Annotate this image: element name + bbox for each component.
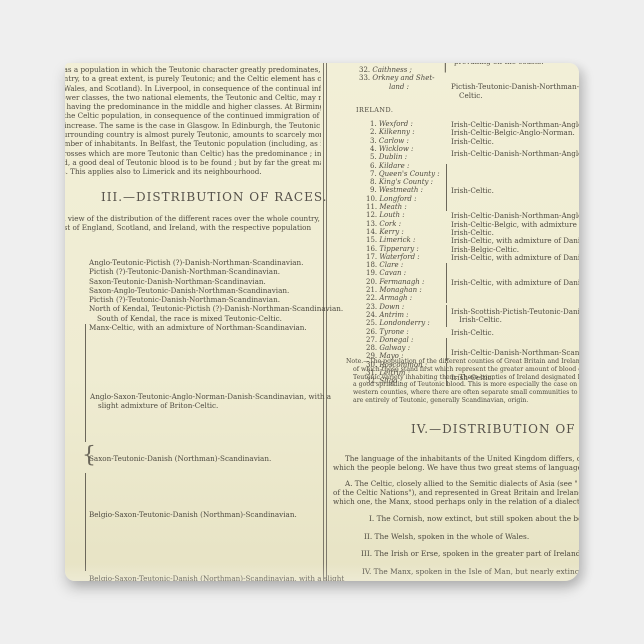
bracket bbox=[85, 324, 86, 442]
text-line: ed, a good deal of Teutonic blood is to … bbox=[65, 158, 321, 167]
text-line: ts. This applies also to Limerick and it… bbox=[65, 167, 321, 176]
language-item: II. The Welsh, spoken in the whole of Wa… bbox=[364, 532, 529, 541]
county-number: 32. bbox=[359, 66, 372, 74]
county-name: Kerry : bbox=[379, 228, 403, 236]
county-number: 27. bbox=[366, 336, 379, 344]
county-number: 16. bbox=[366, 245, 379, 253]
intro-paragraph: has a population in which the Teutonic c… bbox=[65, 65, 321, 177]
county-number: 15. bbox=[366, 236, 379, 244]
text-line: which the people belong. We have thus tw… bbox=[333, 463, 579, 472]
county-number: 17. bbox=[366, 253, 379, 261]
text-line: it having the predominance in the middle… bbox=[65, 102, 321, 111]
race-line: slight admixture of Briton-Celtic. bbox=[90, 401, 331, 410]
county-number: 6. bbox=[370, 162, 379, 170]
text-line: al view of the distribution of the diffe… bbox=[65, 214, 321, 223]
county-name: Antrim : bbox=[379, 311, 408, 319]
note-line: a good sprinkling of Teutonic blood. Thi… bbox=[353, 381, 579, 389]
race-anglo-saxon: Anglo-Saxon-Teutonic-Anglo-Norman-Danish… bbox=[90, 392, 331, 411]
race-line: Anglo-Teutonic-Pictish (?)-Danish-Northm… bbox=[89, 258, 343, 267]
county-number: 26. bbox=[366, 328, 379, 336]
race-line: Irish-Celtic. bbox=[451, 137, 494, 146]
race-line: Irish-Celtic-Danish-Northman-Scandinavia bbox=[451, 348, 579, 357]
county-name: Meath : bbox=[379, 203, 406, 211]
county-number: 28. bbox=[366, 344, 379, 352]
bottom-races: Belgio-Saxon-Teutonic-Danish (Northman)-… bbox=[89, 575, 352, 581]
county-name: Caithness ; bbox=[372, 66, 412, 74]
county-name: Carlow : bbox=[379, 137, 409, 145]
county-number: 33. bbox=[359, 74, 372, 82]
county-number: 22. bbox=[366, 294, 379, 302]
county-number: 3. bbox=[370, 137, 379, 145]
scotland-race: Pictish-Teutonic-Danish-Northman-Scandin… bbox=[451, 82, 579, 100]
race-line: North of Kendal, Teutonic-Pictish (?)-Da… bbox=[89, 304, 343, 313]
county-number: 21. bbox=[366, 286, 379, 294]
county-number: 10. bbox=[366, 195, 379, 203]
county-name: Louth : bbox=[379, 211, 404, 219]
county-number: 2. bbox=[370, 128, 379, 136]
race-line: Pictish (?)-Teutonic-Danish-Northman-Sca… bbox=[89, 295, 343, 304]
county-number: 18. bbox=[366, 261, 379, 269]
language-item: III. The Irish or Erse, spoken in the gr… bbox=[361, 549, 579, 558]
race-line: Irish-Celtic. bbox=[459, 315, 502, 324]
county-number: 7. bbox=[370, 170, 379, 178]
text-line: untry, to a great extent, is purely Teut… bbox=[65, 74, 321, 83]
text-line: crosses which are more Teutonic than Cel… bbox=[65, 149, 321, 158]
county-name: land : bbox=[389, 83, 409, 91]
county-number: 1. bbox=[370, 120, 379, 128]
county-name: Down : bbox=[379, 303, 404, 311]
printed-tile: has a population in which the Teutonic c… bbox=[65, 63, 579, 581]
county-name: Queen's County : bbox=[379, 170, 440, 178]
county-name: King's County : bbox=[379, 178, 433, 186]
top-fragment: prevailing on the coasts. bbox=[454, 63, 544, 66]
race-line: Irish-Celtic, with admixture of Danish-N… bbox=[451, 278, 579, 287]
text-line: , Wales, and Scotland). In Liverpool, in… bbox=[65, 84, 321, 93]
county-number: 23. bbox=[366, 303, 379, 311]
county-name: Monaghan : bbox=[379, 286, 421, 294]
race-line: Irish-Celtic, with admixture of Danish-N… bbox=[451, 253, 579, 262]
note-line: western counties, where there are often … bbox=[353, 389, 579, 397]
county-name: Longford : bbox=[379, 195, 416, 203]
race-line: Anglo-Saxon-Teutonic-Anglo-Norman-Danish… bbox=[90, 392, 331, 401]
county-number: 19. bbox=[366, 269, 379, 277]
county-number: 24. bbox=[366, 311, 379, 319]
text-line: which one, the Manx, stood perhaps only … bbox=[333, 497, 579, 506]
county-number: 9. bbox=[370, 186, 379, 194]
bracket bbox=[446, 263, 447, 303]
text-line: A. The Celtic, closely allied to the Sem… bbox=[345, 479, 579, 488]
text-line: of the Celtic Nations"), and represented… bbox=[333, 488, 579, 497]
note-line: are entirely of Teutonic, generally Scan… bbox=[353, 397, 528, 405]
county-number: 13. bbox=[366, 220, 379, 228]
section-title-languages: IV.—DISTRIBUTION OF LANGUAG bbox=[411, 425, 579, 434]
county-name: Clare : bbox=[379, 261, 403, 269]
county-name: Dublin : bbox=[379, 153, 407, 161]
county-name: Limerick : bbox=[379, 236, 415, 244]
race-saxon-danish: Saxon-Teutonic-Danish (Northman)-Scandin… bbox=[89, 454, 271, 463]
language-item: I. The Cornish, now extinct, but still s… bbox=[369, 514, 579, 523]
bracket bbox=[446, 164, 447, 212]
text-line: umber of inhabitants. In Belfast, the Te… bbox=[65, 139, 321, 148]
county-name: Cork : bbox=[379, 220, 401, 228]
county-name: Kilkenny : bbox=[379, 128, 415, 136]
county-number: 25. bbox=[366, 319, 379, 327]
race-line: Saxon-Teutonic-Danish-Northman-Scandinav… bbox=[89, 277, 343, 286]
language-item: IV. The Manx, spoken in the Isle of Man,… bbox=[362, 567, 579, 576]
brace: | bbox=[443, 63, 448, 70]
note-line: of which those stand first which represe… bbox=[353, 366, 579, 374]
county-name: Cavan : bbox=[379, 269, 406, 277]
text-line: t increase. The same is the case in Glas… bbox=[65, 121, 321, 130]
county-number: 4. bbox=[370, 145, 379, 153]
note-line: Note.—The population of the different co… bbox=[346, 358, 579, 366]
county-number: 5. bbox=[370, 153, 379, 161]
county-name: Donegal : bbox=[379, 336, 413, 344]
text-line: , the Celtic population, in consequence … bbox=[65, 111, 321, 120]
county-number: 14. bbox=[366, 228, 379, 236]
county-number: 8. bbox=[370, 178, 379, 186]
race-line: Irish-Celtic. bbox=[451, 328, 494, 337]
county-number: 12. bbox=[366, 211, 379, 219]
note-line: Teutonic variety inhabiting them. Those … bbox=[353, 374, 579, 382]
race-line: Saxon-Anglo-Teutonic-Danish-Northman-Sca… bbox=[89, 286, 343, 295]
race-line: Pictish-Teutonic-Danish-Northman-Scandin… bbox=[451, 82, 579, 91]
county-name: Londonderry : bbox=[379, 319, 429, 327]
race-line: Belgio-Saxon-Teutonic-Danish (Northman)-… bbox=[89, 575, 352, 581]
text-line: lower classes, the two national elements… bbox=[65, 93, 321, 102]
races-intro-paragraph: al view of the distribution of the diffe… bbox=[65, 214, 321, 233]
race-line: Irish-Celtic-Danish-Northman-Anglo-Norm bbox=[451, 149, 579, 158]
county-name: Waterford : bbox=[379, 253, 419, 261]
county-name: Westmeath : bbox=[379, 186, 423, 194]
county-row: land : bbox=[389, 83, 409, 92]
race-belgio-saxon: Belgio-Saxon-Teutonic-Danish (Northman)-… bbox=[89, 510, 297, 519]
race-line: Manx-Celtic, with an admixture of Northm… bbox=[89, 323, 343, 332]
race-line: Celtic. bbox=[451, 91, 579, 100]
bracket bbox=[446, 305, 447, 328]
race-line: Pictish (?)-Teutonic-Danish-Northman-Sca… bbox=[89, 267, 343, 276]
county-name: Wexford : bbox=[379, 120, 413, 128]
county-name: Kildare : bbox=[379, 162, 409, 170]
race-line: South of Kendal, the race is mixed Teuto… bbox=[89, 314, 343, 323]
county-name: Tyrone : bbox=[379, 328, 408, 336]
county-name: Fermanagh : bbox=[379, 278, 424, 286]
county-number: 20. bbox=[366, 278, 379, 286]
county-name: Wicklow : bbox=[379, 145, 414, 153]
text-line: has a population in which the Teutonic c… bbox=[65, 65, 321, 74]
race-line: Irish-Celtic. bbox=[451, 186, 494, 195]
county-name: Orkney and Shet- bbox=[372, 74, 434, 82]
ireland-heading: IRELAND. bbox=[356, 106, 393, 115]
county-name: Armagh : bbox=[379, 294, 412, 302]
text-line: surrounding country is almost purely Teu… bbox=[65, 130, 321, 139]
section-title-races: III.—DISTRIBUTION OF RACES. bbox=[101, 193, 327, 202]
text-line: The language of the inhabitants of the U… bbox=[345, 454, 579, 463]
text-line: list of England, Scotland, and Ireland, … bbox=[65, 223, 321, 232]
county-name: Tipperary : bbox=[379, 245, 418, 253]
bracket bbox=[85, 473, 86, 571]
county-number: 11. bbox=[366, 203, 379, 211]
races-list: Anglo-Teutonic-Pictish (?)-Danish-Northm… bbox=[89, 258, 343, 332]
county-name: Galway : bbox=[379, 344, 410, 352]
